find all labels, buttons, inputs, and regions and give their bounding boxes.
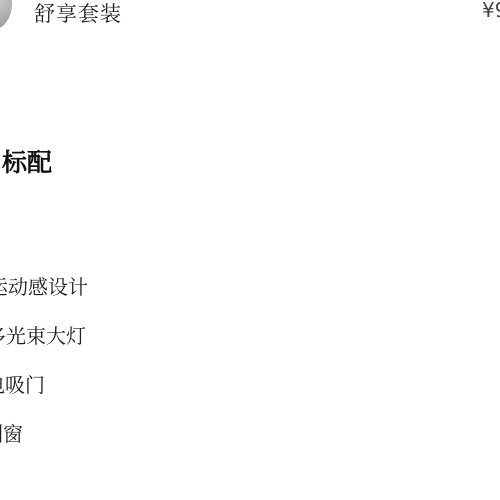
- package-name[interactable]: 舒享套装: [34, 0, 122, 28]
- feature-item: 多光束大灯: [0, 321, 88, 370]
- package-price: ¥9: [482, 0, 500, 22]
- feature-item: 侧窗: [0, 419, 88, 468]
- feature-list: 运动感设计 多光束大灯 电吸门 侧窗: [0, 272, 88, 468]
- feature-item: 运动感设计: [0, 272, 88, 321]
- section-title: 标配: [2, 143, 52, 179]
- feature-item: 电吸门: [0, 370, 88, 419]
- package-thumbnail: [0, 0, 12, 30]
